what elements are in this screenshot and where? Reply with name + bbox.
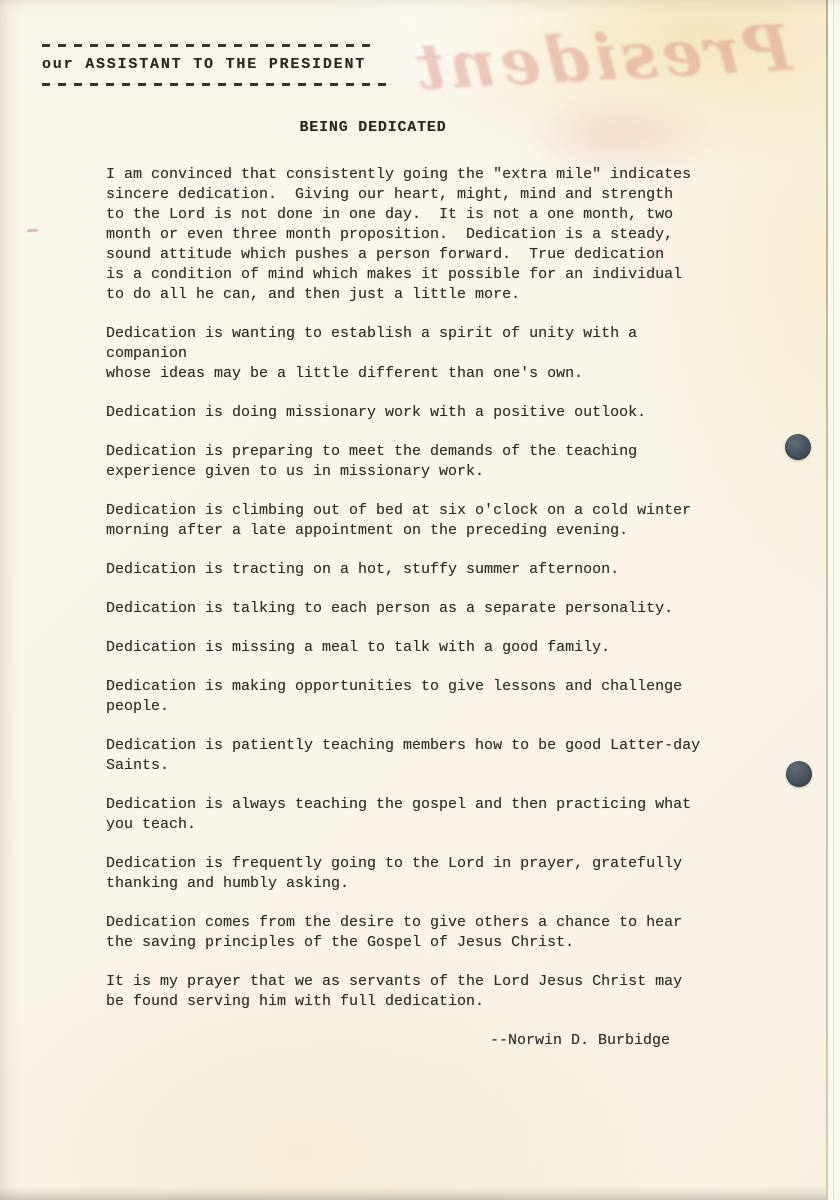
dashed-rule-bottom (42, 83, 387, 86)
paragraph: Dedication is tracting on a hot, stuffy … (106, 560, 720, 580)
paragraph: Dedication is frequently going to the Lo… (106, 854, 720, 894)
scan-bottom-edge (0, 1186, 826, 1200)
header-label: our ASSISTANT TO THE PRESIDENT (42, 56, 387, 73)
paper-edge-line (826, 0, 828, 1200)
paper-edge-line-faint (833, 0, 834, 1200)
page-title: BEING DEDICATED (106, 118, 640, 138)
scan-background-strip (828, 0, 840, 1200)
paragraph: It is my prayer that we as servants of t… (106, 972, 720, 1012)
hole-punch-dot-bottom (786, 761, 812, 787)
paragraph: I am convinced that consistently going t… (106, 165, 720, 305)
paragraph: Dedication is talking to each person as … (106, 599, 720, 619)
paragraph: Dedication is always teaching the gospel… (106, 795, 720, 835)
paragraph: Dedication comes from the desire to give… (106, 913, 720, 953)
hole-punch-dot-top (785, 434, 811, 460)
dashed-rule-top (42, 44, 375, 47)
paragraph: Dedication is wanting to establish a spi… (106, 324, 720, 384)
paragraph: Dedication is climbing out of bed at six… (106, 501, 720, 541)
paragraph: Dedication is making opportunities to gi… (106, 677, 720, 717)
scanned-page: President our ASSISTANT TO THE PRESIDENT… (0, 0, 840, 1200)
margin-pencil-mark (27, 229, 38, 233)
paragraph: Dedication is patiently teaching members… (106, 736, 720, 776)
paragraph: Dedication is missing a meal to talk wit… (106, 638, 720, 658)
paragraph: Dedication is preparing to meet the dema… (106, 442, 720, 482)
document-body: BEING DEDICATED I am convinced that cons… (106, 118, 720, 1051)
signature-line: --Norwin D. Burbidge (490, 1031, 720, 1051)
page-header: our ASSISTANT TO THE PRESIDENT (42, 44, 387, 86)
paragraph: Dedication is doing missionary work with… (106, 403, 720, 423)
bleed-through-text: President (360, 11, 793, 108)
